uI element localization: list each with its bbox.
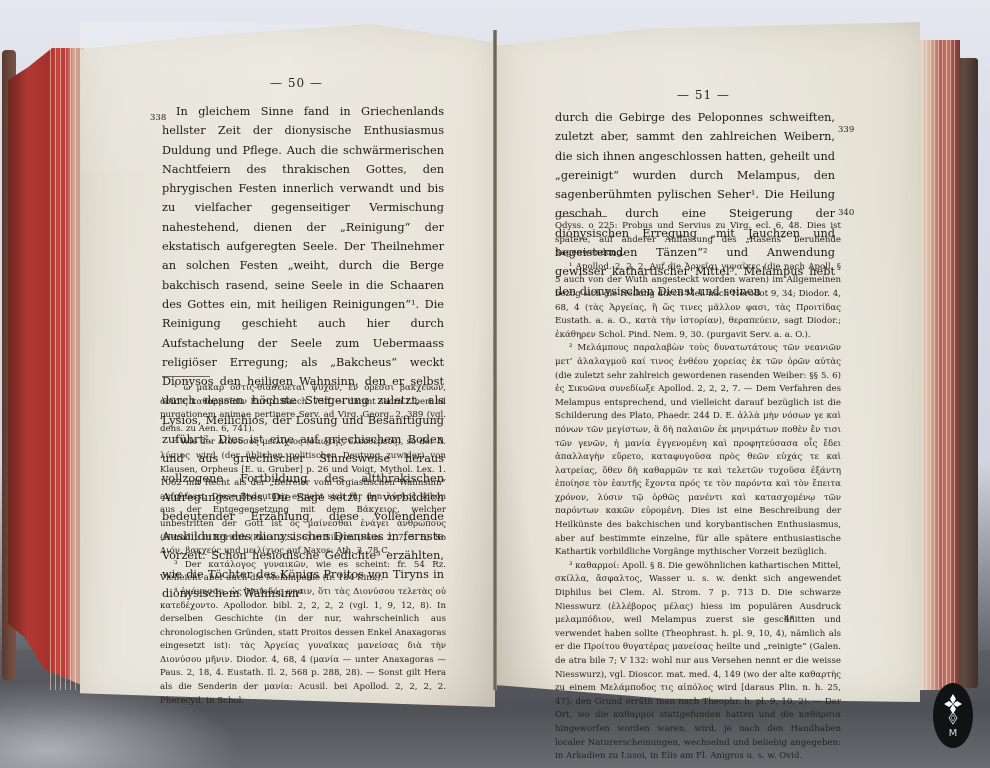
footnote-2: ² Wie der Διόνυσος μειλίχιος (σαώτης, ἐλ… bbox=[160, 436, 446, 558]
signature-mark: 4* bbox=[784, 615, 794, 625]
footnote-3: ³ Der κατάλογος γυναικῶν, wie es scheint… bbox=[160, 559, 446, 586]
footnote-rule bbox=[555, 216, 607, 217]
watermark-letter: M bbox=[949, 728, 958, 739]
footnote-2: ² Μελάμπους παραλαβὼν τοὺς δυνατωτάτους … bbox=[555, 342, 841, 560]
book-gutter bbox=[493, 30, 497, 690]
footnote-3: ³ καθαρμοί: Apoll. § 8. Die gewöhnlichen… bbox=[555, 560, 841, 764]
page-number-left: — 50 — bbox=[270, 76, 323, 90]
left-page-footnotes: ¹ ὦ μάκαρ ὅστις-θιασεύεται ψυχάν, ἐν ὄρε… bbox=[160, 382, 446, 708]
footnote-1: ¹ Apollod. 2, 2, 2. Auf die Ἀργεῖαι γυνα… bbox=[555, 261, 841, 343]
margin-line-number: 339 bbox=[838, 125, 854, 135]
page-number-right: — 51 — bbox=[677, 88, 730, 102]
watermark-logo: M bbox=[933, 683, 973, 748]
footnote-rule bbox=[162, 376, 210, 377]
footnote-1: ¹ ὦ μάκαρ ὅστις-θιασεύεται ψυχάν, ἐν ὄρε… bbox=[160, 382, 446, 436]
page-edges-right-lines bbox=[918, 40, 956, 690]
footnote-continued: Odyss. ο 225: Probus und Servius zu Virg… bbox=[555, 220, 841, 261]
margin-line-number: 340 bbox=[838, 208, 854, 218]
footnote-4: ⁴ ἐμάνησαν, ὡς Ἡσίοδός φησιν, ὅτι τὰς Δι… bbox=[160, 586, 446, 708]
right-page-footnotes: Odyss. ο 225: Probus und Servius zu Virg… bbox=[555, 220, 841, 764]
